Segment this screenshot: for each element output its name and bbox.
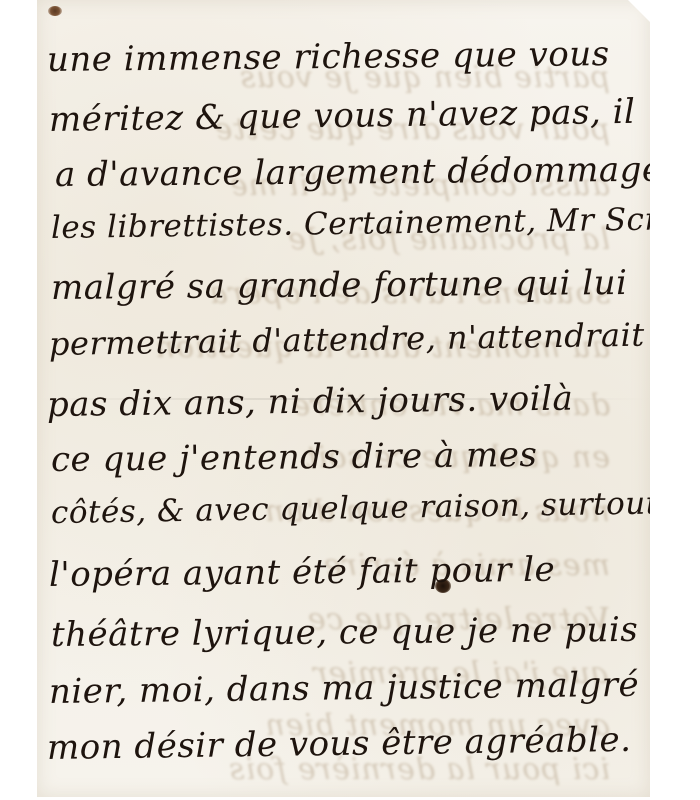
scanned-page: partie bien que je vous pour vous dire q…: [0, 0, 700, 800]
text-line: une immense richesse que vous: [47, 34, 610, 80]
text-line: côtés, & avec quelque raison, surtout: [51, 485, 650, 531]
text-line: les librettistes. Certainement, Mr Scrib…: [51, 201, 650, 246]
text-line: malgré sa grande fortune qui lui: [51, 263, 628, 308]
letter-paper: partie bien que je vous pour vous dire q…: [37, 0, 650, 797]
text-line: ce que j'entends dire à mes: [51, 435, 538, 480]
text-line: permettrait d'attendre, n'attendrait: [49, 316, 645, 363]
text-line: théâtre lyrique, ce que je ne puis: [51, 610, 639, 655]
text-line: pas dix ans, ni dix jours. voilà: [47, 379, 574, 425]
text-line: nier, moi, dans ma justice malgré: [49, 665, 640, 712]
text-line: a d'avance largement dédommagé: [55, 150, 650, 195]
text-line: l'opéra ayant été fait pour le: [49, 550, 556, 595]
text-line: mon désir de vous être agréable.: [47, 720, 632, 768]
text-line: méritez & que vous n'avez pas, il: [49, 92, 636, 140]
handwritten-text: une immense richesse que vous méritez & …: [37, 0, 650, 797]
